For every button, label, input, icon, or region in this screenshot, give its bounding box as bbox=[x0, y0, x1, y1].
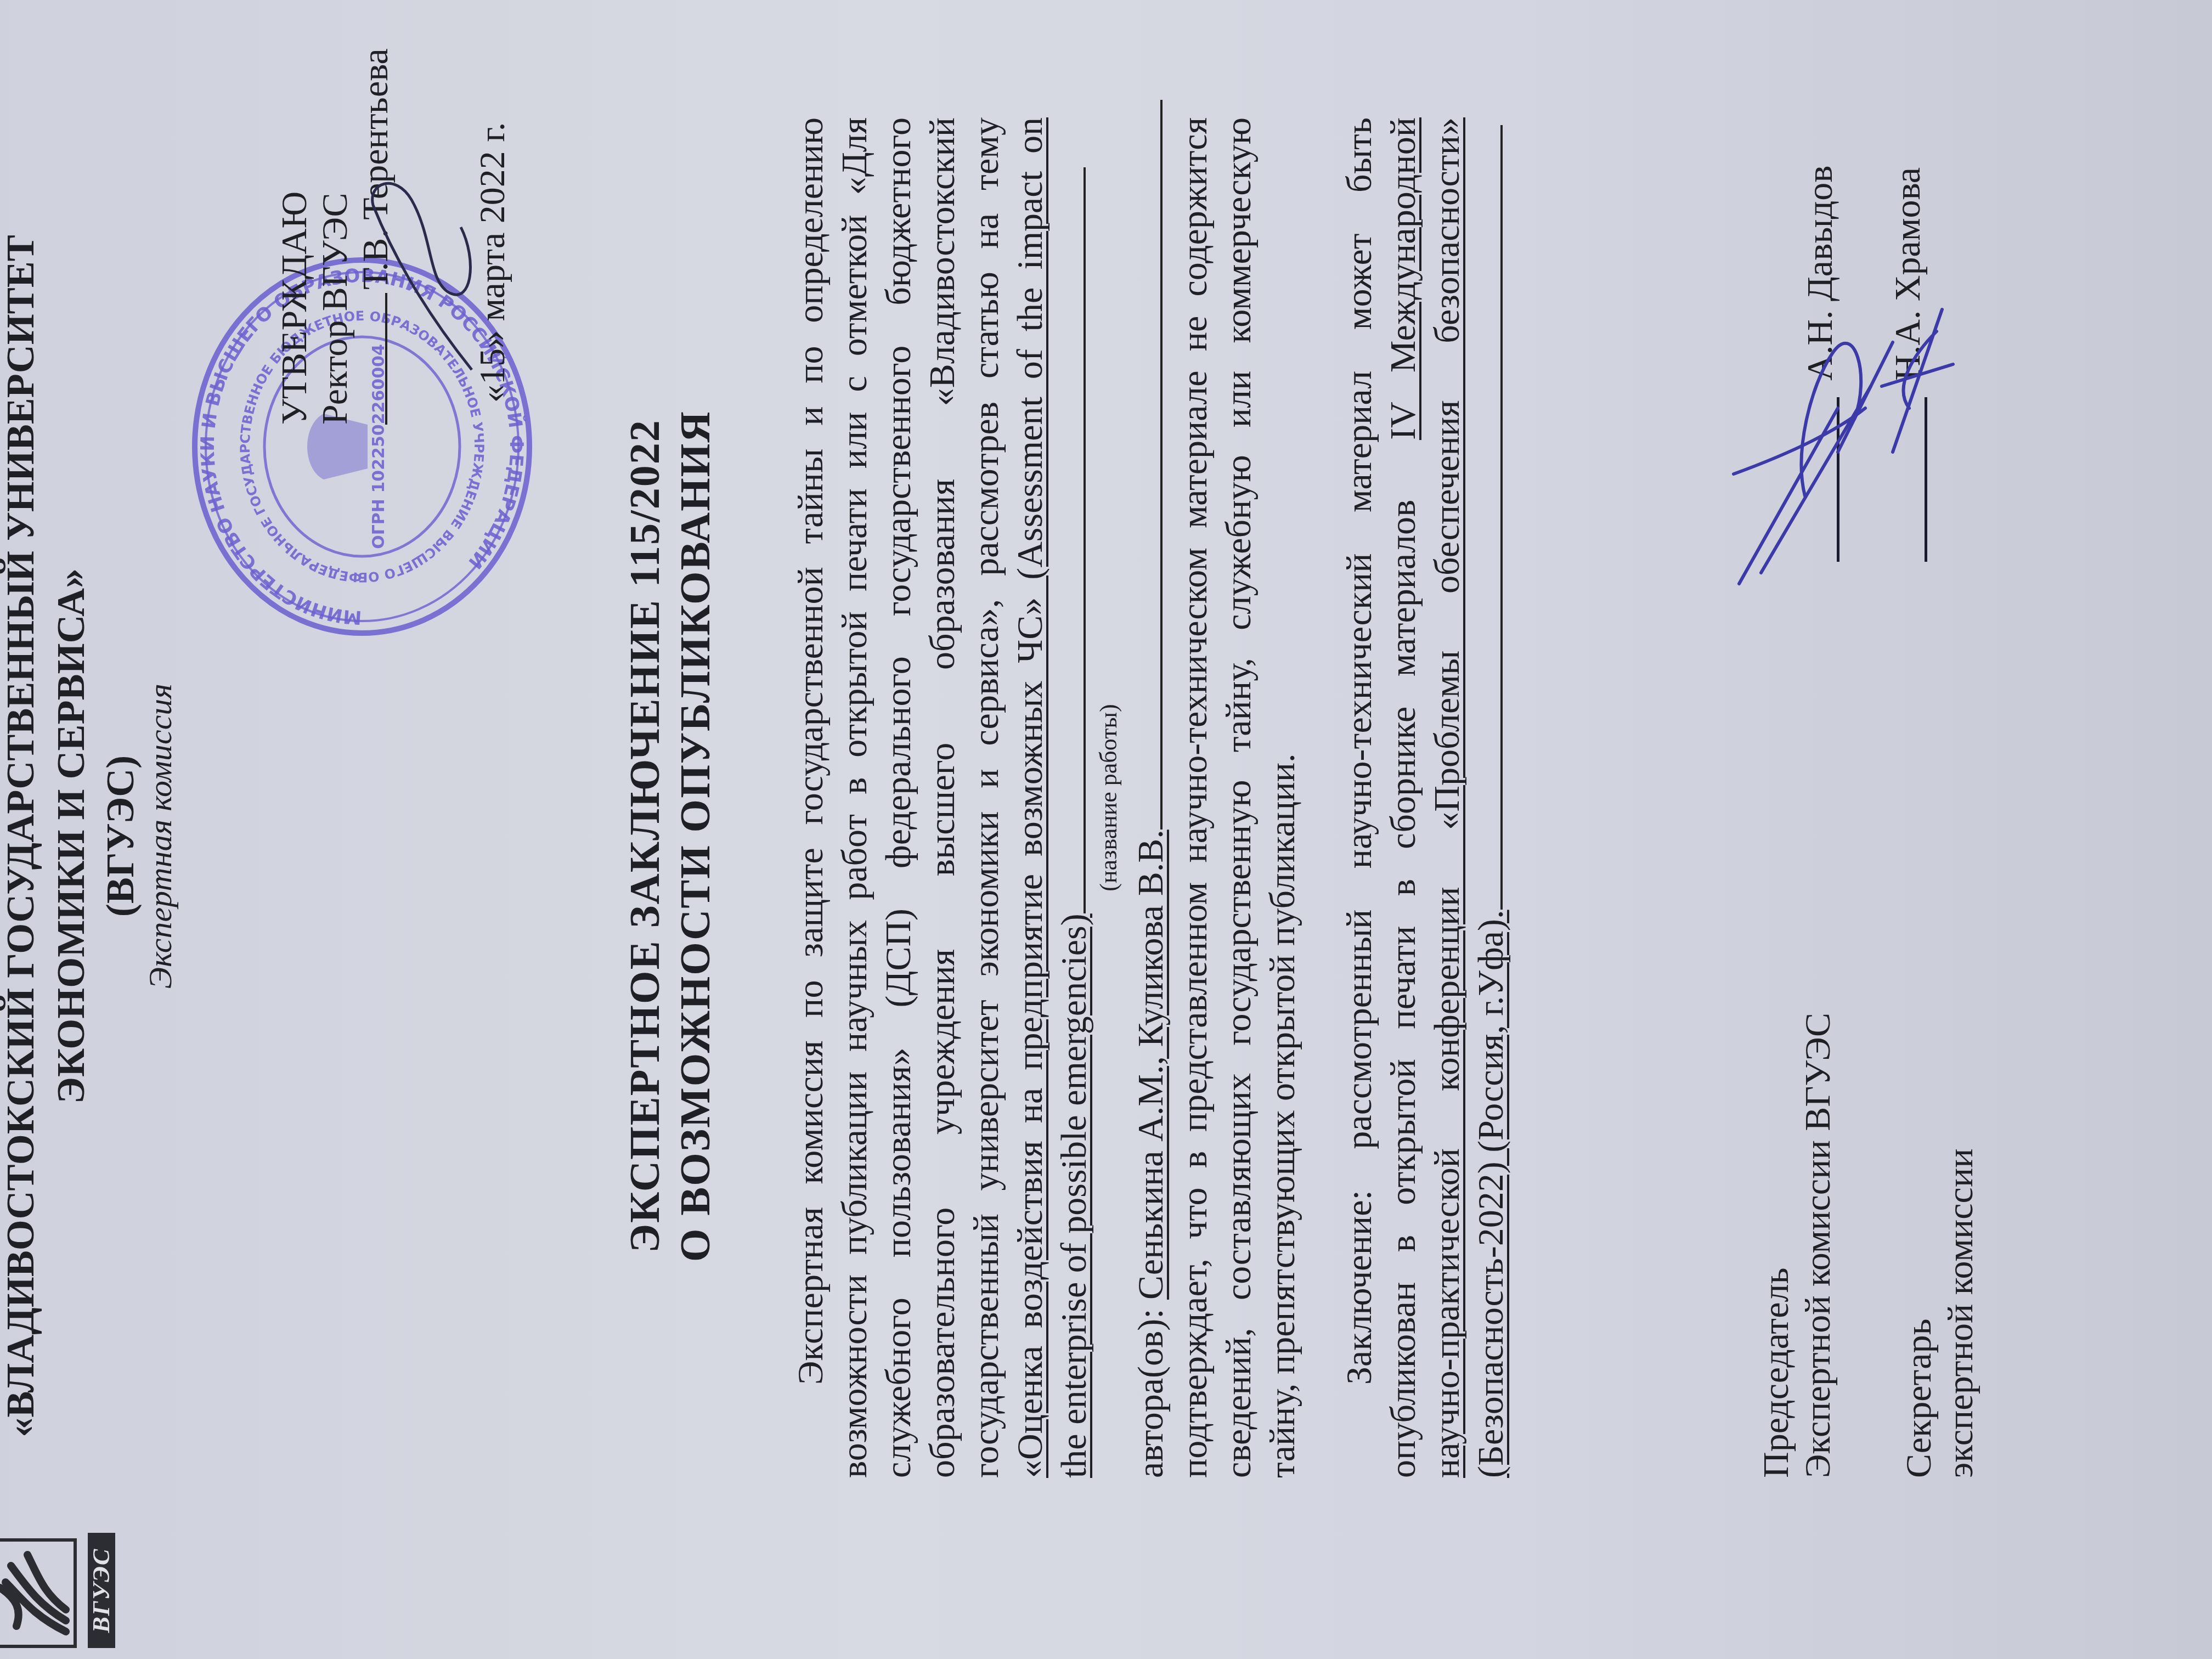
university-abbreviation: (ВГУЭС) bbox=[98, 178, 143, 1494]
university-name-line2: ЭКОНОМИКИ И СЕРВИСА» bbox=[48, 178, 94, 1494]
authors-label: автора(ов): bbox=[1131, 1300, 1171, 1478]
secretary-commission: экспертной комиссии bbox=[1940, 1148, 1982, 1478]
authors-row: автора(ов): Сенькина А.М., Куликова В.В. bbox=[1130, 117, 1172, 1478]
handwritten-signatures-icon bbox=[1728, 287, 1959, 617]
conclusion-text: опубликован в открытой печати в сборнике… bbox=[1383, 500, 1423, 1478]
conference-name-start: IV Международной bbox=[1383, 117, 1423, 440]
university-emblem-icon bbox=[0, 1538, 77, 1648]
conclusion-line: Заключение: рассмотренный научно-техниче… bbox=[1339, 117, 1380, 1478]
commission-label: Экспертная комиссия bbox=[142, 178, 179, 1494]
body-line: служебного пользования» (ДСП) федерально… bbox=[878, 117, 919, 1478]
work-title-line2-row: the enterprise of possible emergencies) bbox=[1053, 117, 1095, 1478]
approval-date: «15» марта 2022 г. bbox=[472, 122, 513, 403]
authors-value: Сенькина А.М., Куликова В.В. bbox=[1131, 830, 1171, 1300]
body-line: Экспертная комиссия по защите государств… bbox=[790, 117, 832, 1478]
authors-fill-rule bbox=[1160, 100, 1163, 830]
university-name-line1: «ВЛАДИВОСТОКСКИЙ ГОСУДАРСТВЕННЫЙ УНИВЕРС… bbox=[0, 178, 43, 1494]
chairman-title: Председатель bbox=[1756, 1013, 1797, 1478]
conference-fill-rule bbox=[1500, 125, 1503, 910]
work-title-line1: «Оценка воздействия на предприятие возмо… bbox=[1009, 117, 1051, 1478]
approval-label: УТВЕРЖДАЮ bbox=[274, 48, 315, 425]
secretary-title: Секретарь bbox=[1898, 1148, 1940, 1478]
approval-position: Ректор ВГУЭС bbox=[315, 48, 356, 425]
work-title-line2: the enterprise of possible emergencies) bbox=[1054, 913, 1094, 1478]
body-line: государственный университет экономики и … bbox=[966, 117, 1007, 1478]
university-logo: ВГУЭС bbox=[0, 1522, 126, 1659]
conference-location-row: (Безопасность-2022) (Россия, г.Уфа). bbox=[1470, 117, 1512, 1478]
work-title-caption: (название работы) bbox=[1094, 117, 1122, 1478]
body-line: возможности публикации научных работ в о… bbox=[834, 117, 876, 1478]
body-line: подтверждает, что в представленном научн… bbox=[1174, 117, 1216, 1478]
secretary-role: Секретарь экспертной комиссии bbox=[1898, 1148, 1982, 1478]
document-title: ЭКСПЕРТНОЕ ЗАКЛЮЧЕНИЕ 115/2022 bbox=[620, 178, 669, 1494]
conference-location: (Безопасность-2022) (Россия, г.Уфа). bbox=[1471, 910, 1511, 1478]
body-line: тайну, препятствующих открытой публикаци… bbox=[1262, 117, 1304, 1478]
body-line: сведений, составляющих государственную т… bbox=[1218, 117, 1260, 1478]
conference-name: научно-практической конференции «Проблем… bbox=[1426, 117, 1468, 1478]
chairman-role: Председатель Экспертной комиссии ВГУЭС bbox=[1756, 1013, 1839, 1478]
document-page: ВГУЭС «ВЛАДИВОСТОКСКИЙ ГОСУДАРСТВЕННЫЙ У… bbox=[0, 0, 2212, 1659]
logo-band-text: ВГУЭС bbox=[88, 1533, 115, 1648]
conclusion-line-2: опубликован в открытой печати в сборнике… bbox=[1383, 117, 1424, 1478]
chairman-commission: Экспертной комиссии ВГУЭС bbox=[1797, 1013, 1839, 1478]
body-line: образовательного учреждения высшего обра… bbox=[922, 117, 963, 1478]
work-title-fill-rule bbox=[1084, 167, 1086, 913]
document-subtitle: О ВОЗМОЖНОСТИ ОПУБЛИКОВАНИЯ bbox=[670, 178, 720, 1494]
